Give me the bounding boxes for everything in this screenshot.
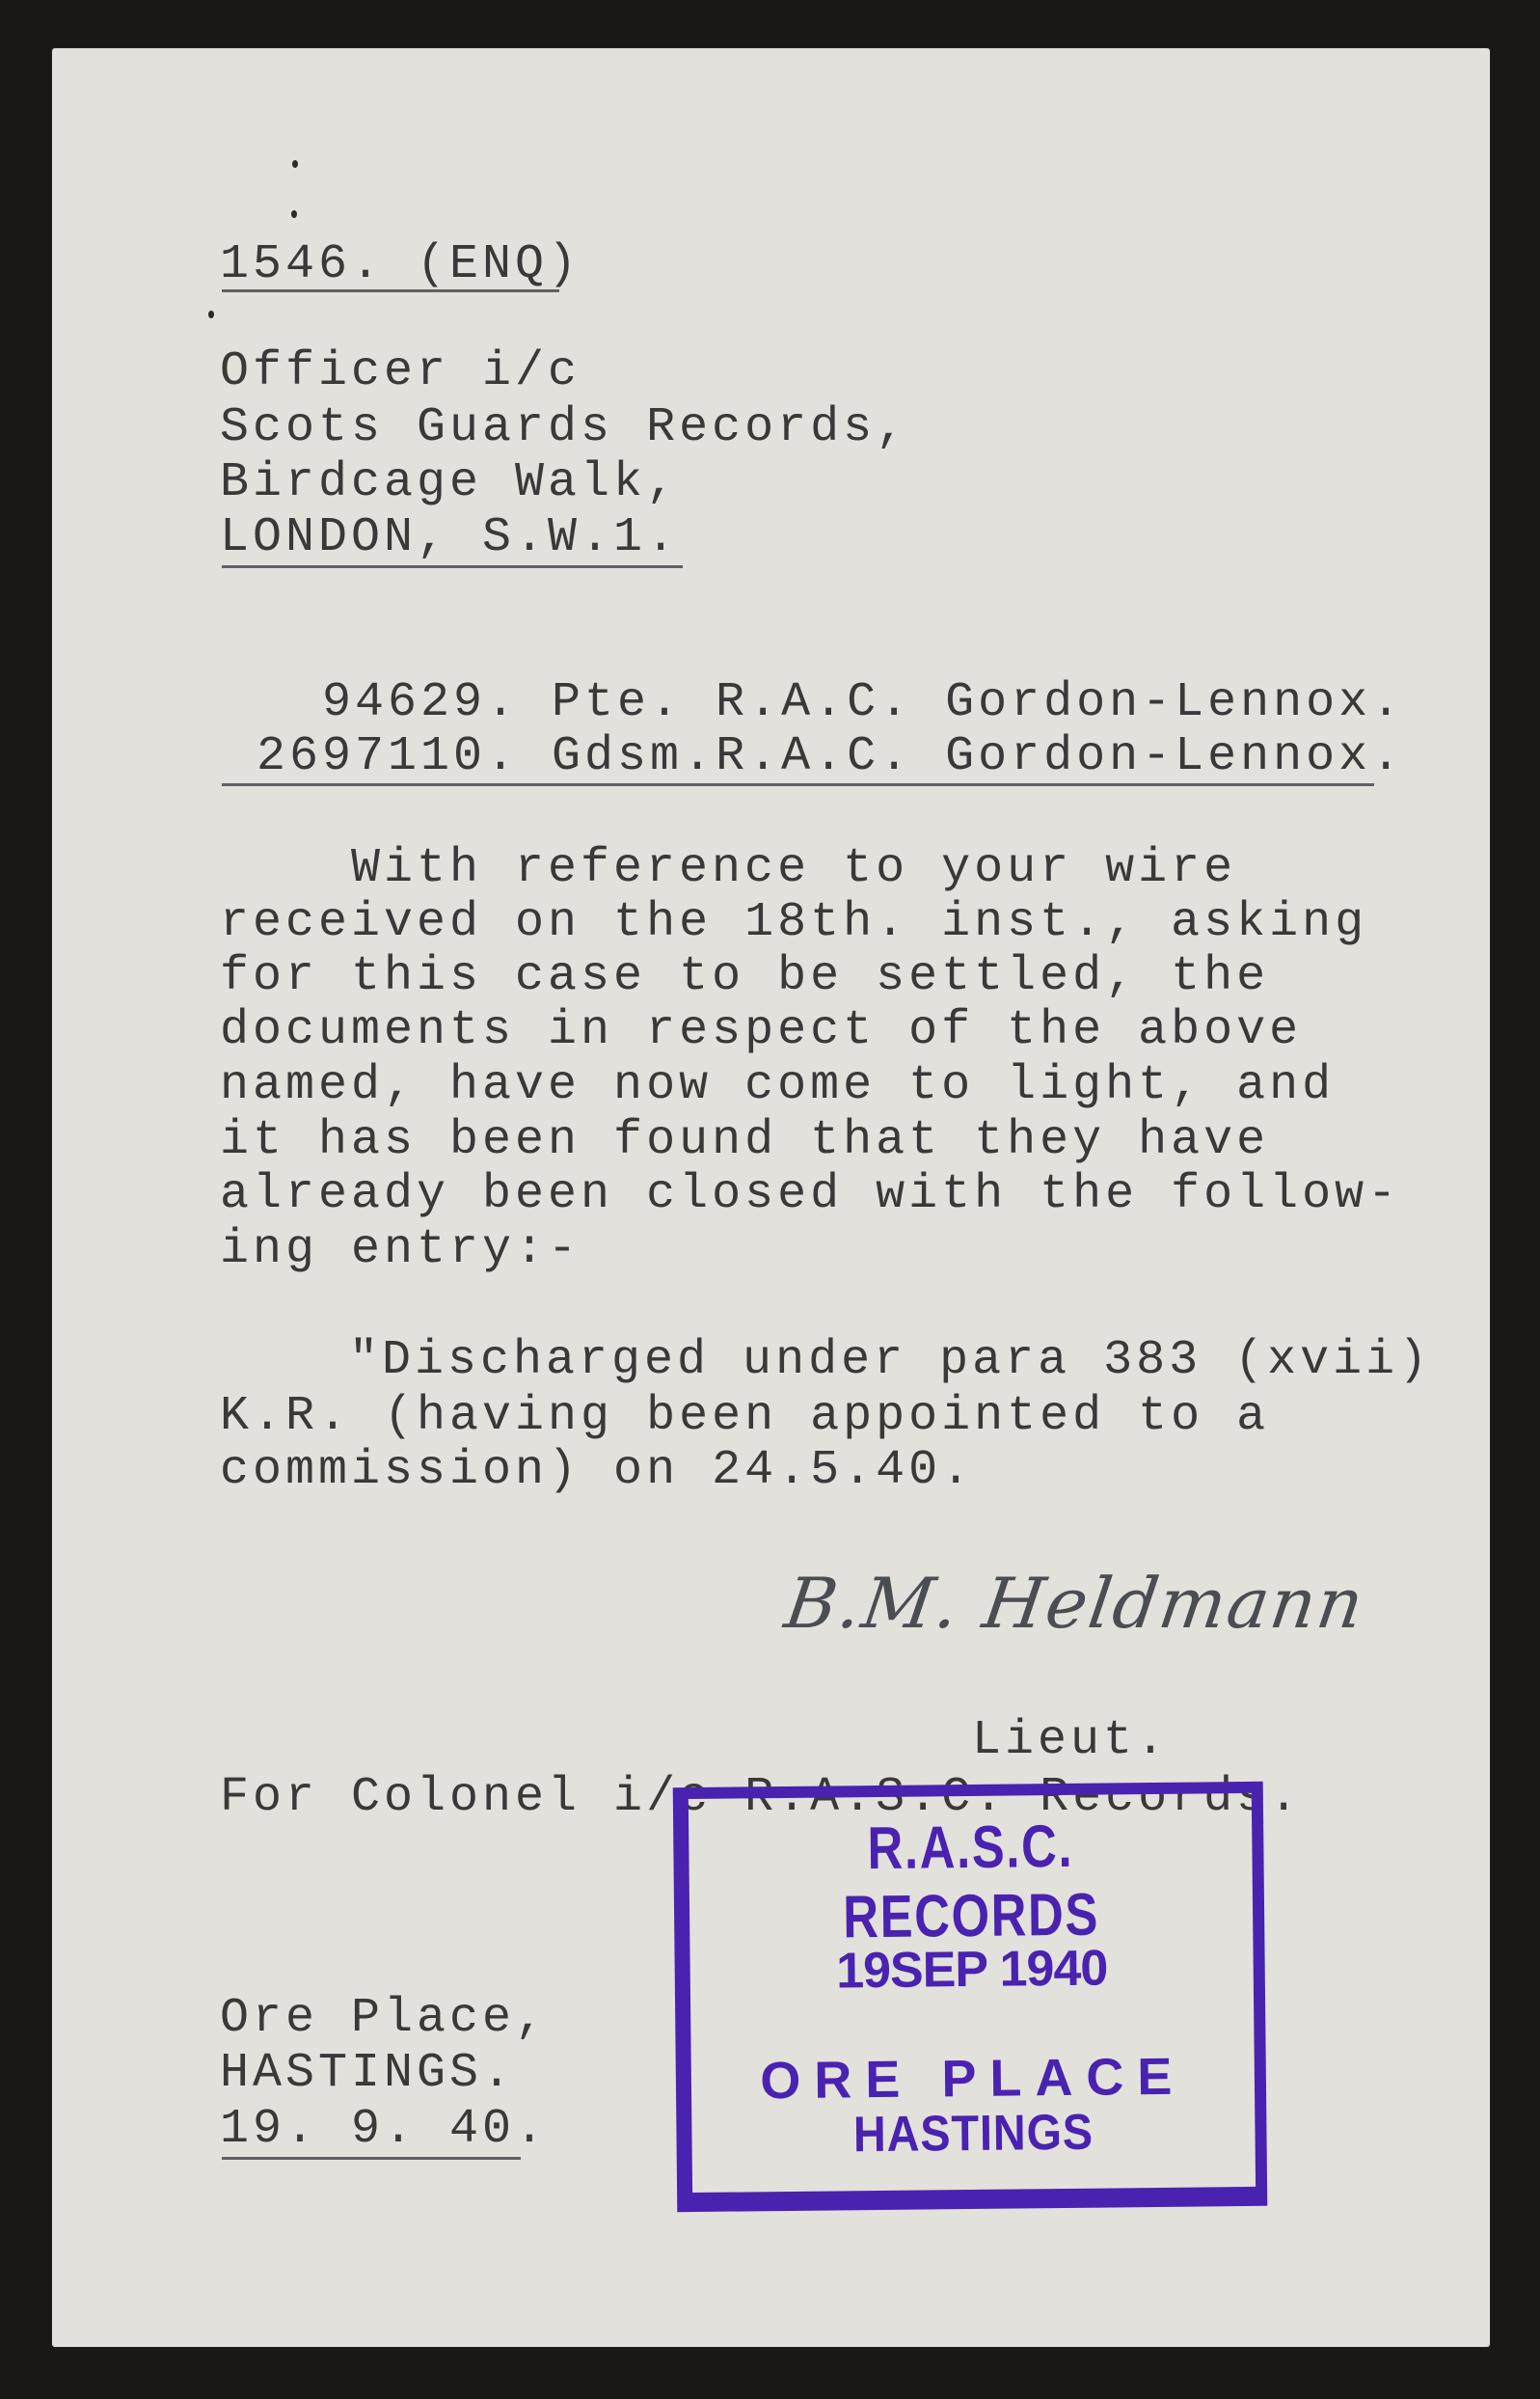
stray-mark xyxy=(208,311,214,318)
addressee-line-1: Officer i/c xyxy=(220,345,581,399)
subject-line-1: 94629. Pte. R.A.C. Gordon-Lennox. xyxy=(322,676,1404,730)
stamp-date: 19SEP 1940 xyxy=(689,1938,1254,2002)
stamp-place: ORE PLACE xyxy=(691,2046,1256,2112)
body-line-4: documents in respect of the above xyxy=(220,1004,1302,1058)
addressee-line-4: LONDON, S.W.1. xyxy=(220,511,679,565)
location-line-1: Ore Place, xyxy=(220,1992,548,2046)
body-line-2: received on the 18th. inst., asking xyxy=(220,896,1367,950)
quote-line-3: commission) on 24.5.40. xyxy=(220,1444,974,1498)
addressee-line-3: Birdcage Walk, xyxy=(220,456,679,510)
addressee-line-2: Scots Guards Records, xyxy=(220,401,908,455)
body-line-6: it has been found that they have xyxy=(220,1114,1269,1168)
reference-number: 1546. (ENQ) xyxy=(220,238,581,292)
location-line-2: HASTINGS. xyxy=(220,2047,515,2101)
body-line-1: With reference to your wire xyxy=(351,842,1236,896)
body-line-8: ing entry:- xyxy=(220,1223,581,1277)
records-office-stamp: R.A.S.C. RECORDS 19SEP 1940 ORE PLACE HA… xyxy=(673,1782,1268,2212)
signatory-rank: Lieut. xyxy=(972,1714,1169,1768)
body-line-7: already been closed with the follow- xyxy=(220,1168,1400,1222)
date-underline xyxy=(222,2157,521,2160)
body-line-3: for this case to be settled, the xyxy=(220,950,1269,1004)
stamp-town: HASTINGS xyxy=(719,2102,1227,2166)
quote-line-1: "Discharged under para 383 (xvii) xyxy=(349,1334,1431,1388)
addressee-underline xyxy=(222,565,683,568)
reference-underline xyxy=(222,289,559,292)
stamp-title: R.A.S.C. RECORDS xyxy=(740,1811,1202,1952)
stray-mark xyxy=(291,210,297,218)
quote-line-2: K.R. (having been appointed to a xyxy=(220,1390,1269,1444)
body-line-5: named, have now come to light, and xyxy=(220,1059,1335,1113)
letter-date: 19. 9. 40. xyxy=(220,2103,548,2157)
handwritten-signature: B.M. Heldmann xyxy=(780,1563,1370,1644)
stray-mark xyxy=(292,160,298,168)
subject-line-2: 2697110. Gdsm.R.A.C. Gordon-Lennox. xyxy=(257,730,1404,784)
subject-underline xyxy=(222,783,1374,786)
